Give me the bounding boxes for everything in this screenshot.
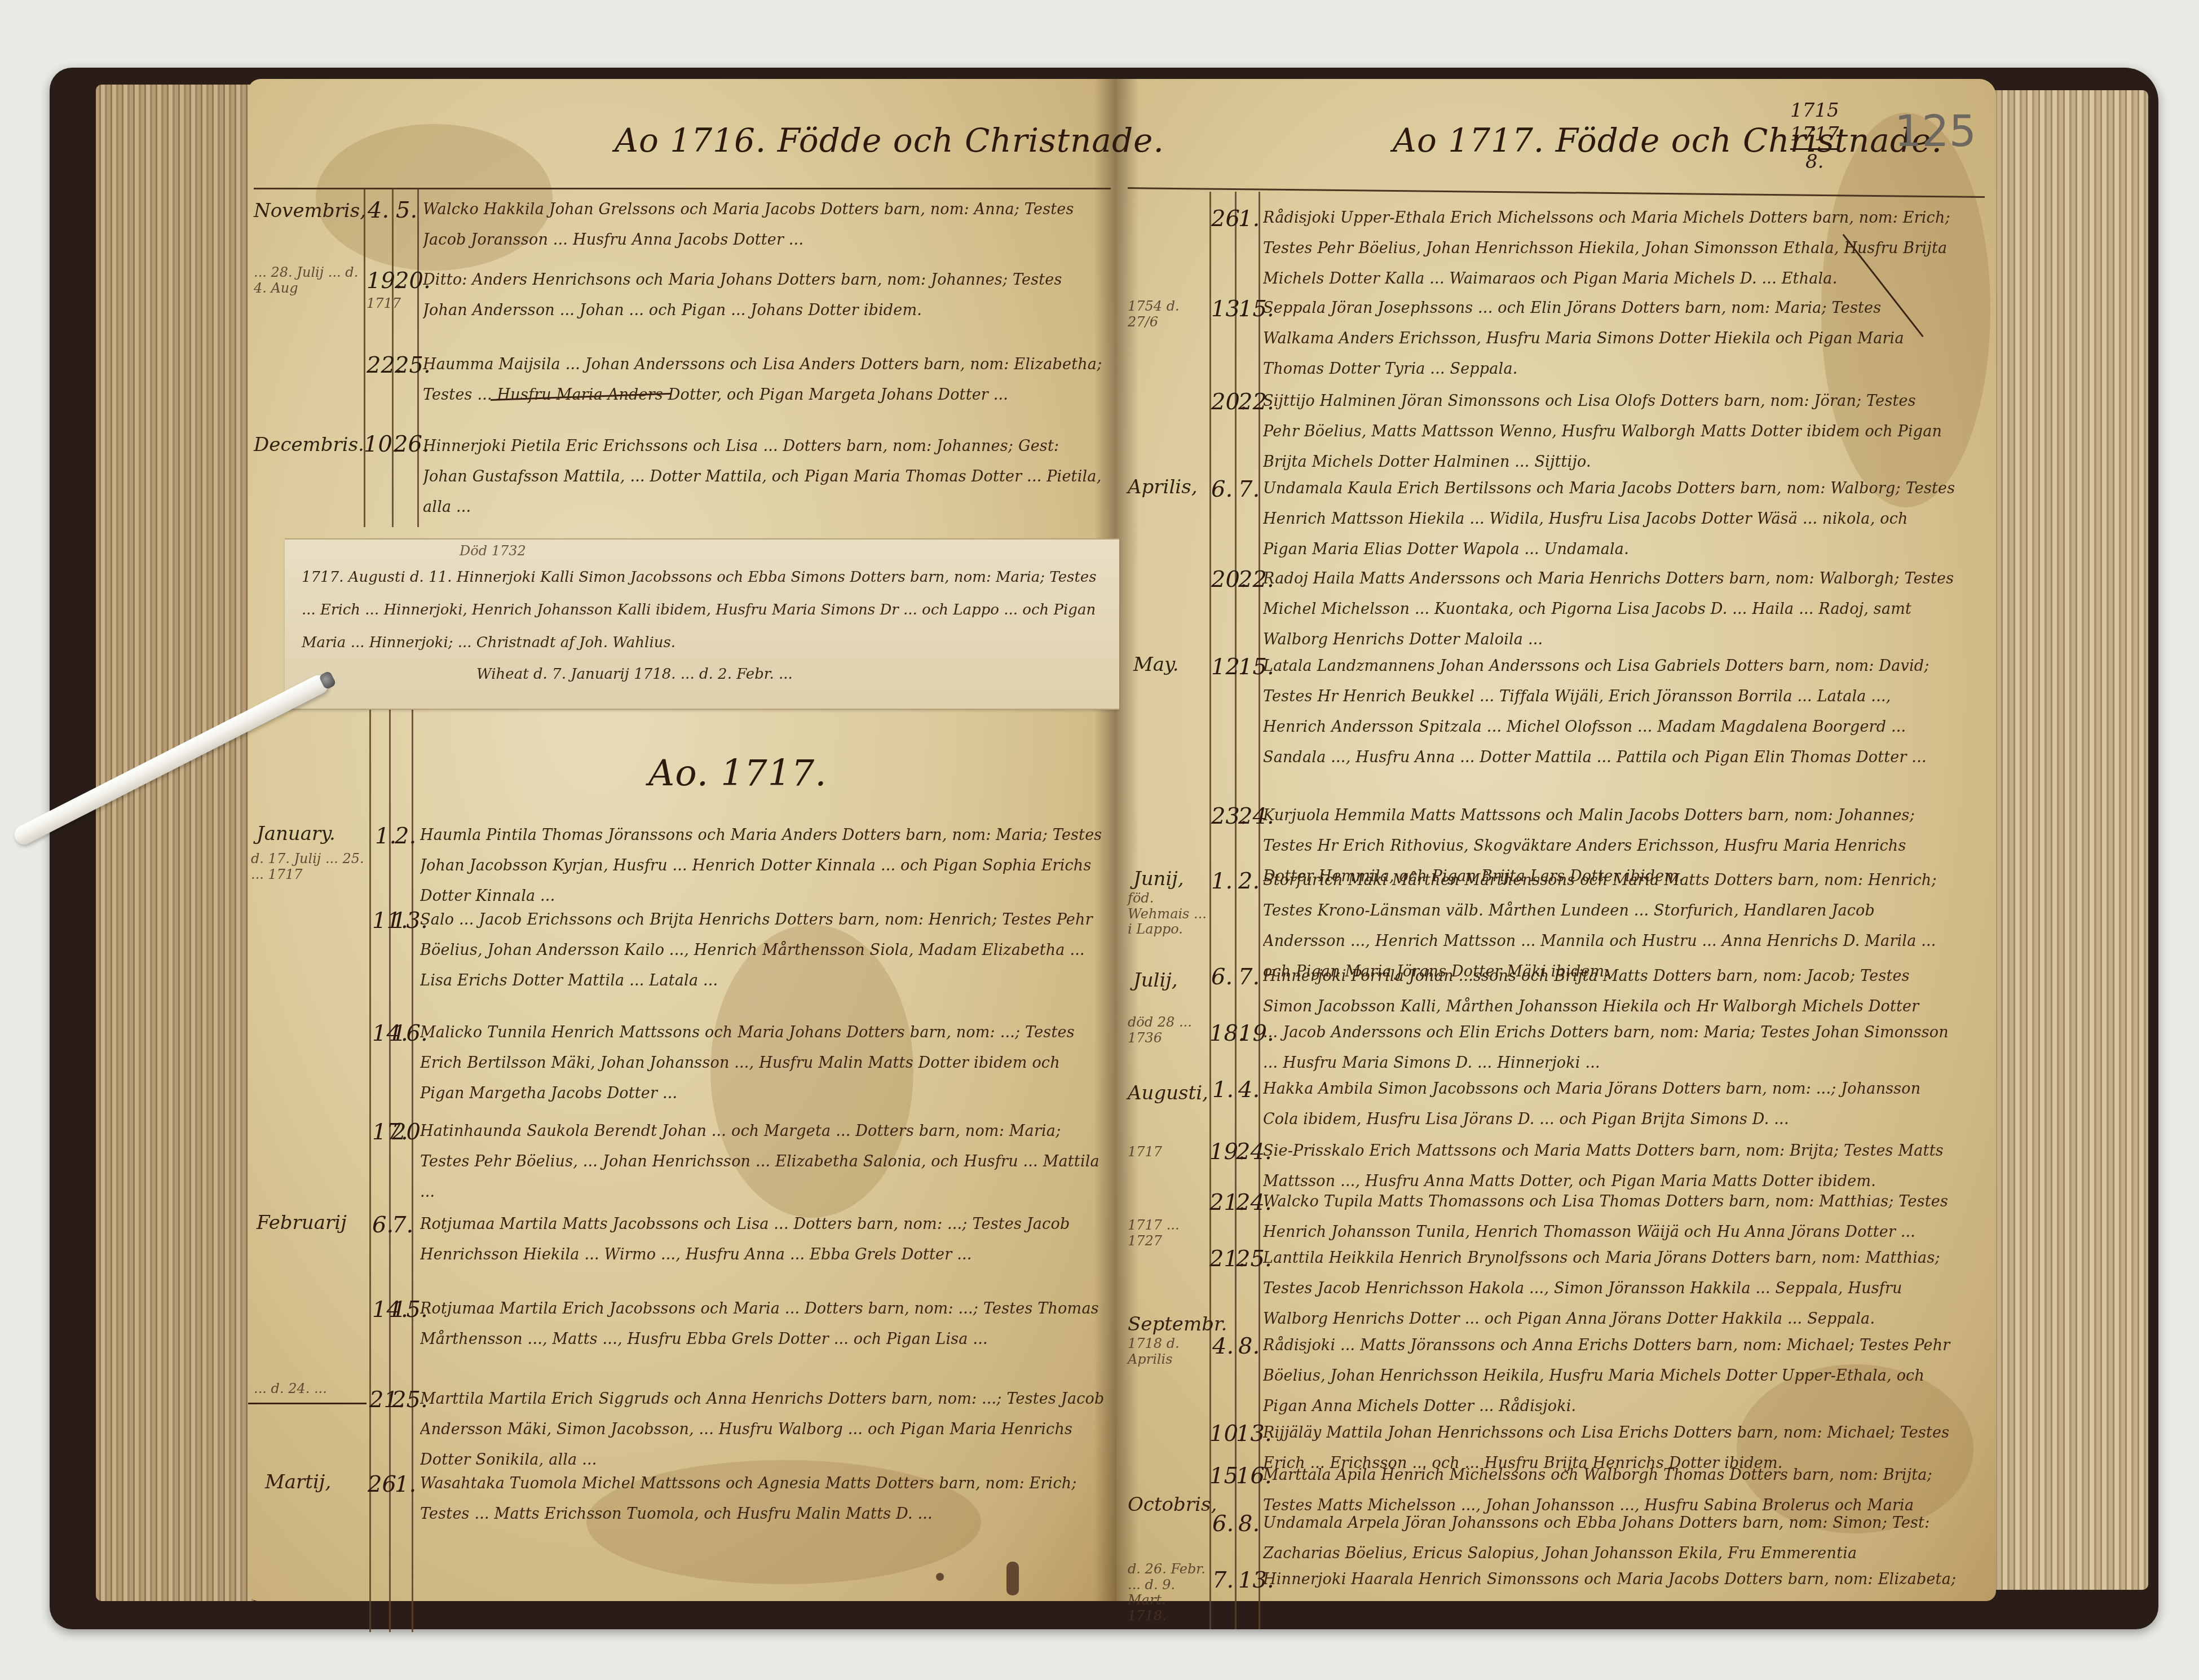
slip-footer: Wiheat d. 7. Januarij 1718. ... d. 2. Fe…	[476, 658, 1097, 691]
register-entry: Radoj Haila Matts Anderssons och Maria H…	[1263, 564, 1957, 654]
register-entry: Undamala Kaula Erich Bertilssons och Mar…	[1263, 474, 1957, 564]
register-entry: Ditto: Anders Henrichsons och Maria Joha…	[423, 265, 1105, 355]
baptism-day: 4.	[1238, 1077, 1260, 1103]
month-label: Julij,	[1133, 970, 1178, 992]
fraction-top: 1715	[1790, 99, 1839, 122]
margin-note: 1717	[1128, 1144, 1207, 1160]
month-label: Februarij	[257, 1212, 347, 1234]
margin-note: 1754 d. 27/6	[1128, 299, 1207, 330]
margin-note: d. 26. Febr. ... d. 9. Mart. 1718.	[1128, 1562, 1207, 1624]
birth-day: 4.	[1212, 1333, 1234, 1359]
baptism-day: 7.	[392, 1212, 413, 1238]
month-label: Novembris,	[254, 200, 366, 222]
baptism-day: 8.	[1238, 1333, 1260, 1359]
register-entry: Hinnerjoki Pietila Eric Erichssons och L…	[423, 431, 1105, 521]
year-fraction: 1715 1717 8.	[1790, 99, 1839, 174]
birth-day: 6.	[1212, 1511, 1234, 1537]
month-label: Decembris.	[254, 434, 364, 456]
page-heading-right: Ao 1717. Födde och Christnade.	[1393, 121, 1942, 160]
register-entry: Wasahtaka Tuomola Michel Mattssons och A…	[420, 1469, 1105, 1531]
page-number: 125	[1895, 106, 1976, 156]
ink-blot	[936, 1573, 944, 1581]
margin-note: ... 28. Julij ... d. 4. Aug	[254, 265, 361, 296]
slip-entry: 1717. Augusti d. 11. Hinnerjoki Kalli Si…	[302, 561, 1108, 659]
strikethrough	[248, 1403, 366, 1404]
baptism-day: 20	[392, 1119, 421, 1145]
month-label: Junij,	[1133, 868, 1184, 890]
page-heading-left: Ao 1716. Födde och Christnade.	[615, 121, 1164, 160]
register-entry: Sijttijo Halminen Jöran Simonssons och L…	[1263, 386, 1957, 476]
register-entry: Marttila Martila Erich Siggruds och Anna…	[420, 1384, 1105, 1474]
pasted-slip: Död 1732 1717. Augusti d. 11. Hinnerjoki…	[285, 538, 1119, 710]
month-label: Octobris,	[1128, 1494, 1217, 1516]
register-entry: Latala Landzmannens Johan Anderssons och…	[1263, 651, 1957, 801]
column-rule	[364, 189, 365, 527]
register-entry: Hakka Ambila Simon Jacobssons och Maria …	[1263, 1074, 1957, 1136]
baptism-day: 7.	[1238, 476, 1260, 502]
register-entry: Hinnerjoki Haarala Henrich Simonssons oc…	[1263, 1564, 1957, 1598]
month-label: Martij,	[265, 1471, 331, 1493]
register-entry: Rådisjoki ... Matts Jöranssons och Anna …	[1263, 1330, 1957, 1421]
ink-blot	[1006, 1562, 1019, 1595]
register-entry: Malicko Tunnila Henrich Mattssons och Ma…	[420, 1018, 1105, 1108]
fraction-mid: 1717	[1790, 122, 1839, 146]
margin-note: död 28 ... 1736	[1128, 1015, 1207, 1046]
month-label: Septembr.	[1128, 1314, 1227, 1336]
baptism-day: 2.	[395, 823, 416, 849]
page-edges-left	[96, 85, 254, 1601]
slip-death-note: Död 1732	[460, 543, 526, 559]
baptism-day: 1.	[395, 1471, 416, 1497]
birth-day: 6.	[372, 1212, 394, 1238]
register-entry: Haumma Maijsila ... Johan Anderssons och…	[423, 350, 1105, 440]
birth-day: 4.	[368, 197, 389, 223]
baptism-day: 7.	[1238, 964, 1260, 990]
birth-day: 1.	[375, 823, 396, 849]
year-heading: Ao. 1717.	[648, 753, 827, 794]
margin-note: d. 17. Julij ... 25. ... 1717	[251, 851, 366, 882]
register-entry: Salo ... Jacob Erichssons och Brijta Hen…	[420, 905, 1105, 1023]
register-entry: Undamala Arpela Jöran Johanssons och Ebb…	[1263, 1508, 1957, 1570]
fraction-bottom: 8.	[1790, 148, 1839, 174]
register-entry: Walcko Hakkila Johan Grelssons och Maria…	[423, 194, 1105, 251]
register-entry: Seppala Jöran Josephssons ... och Elin J…	[1263, 293, 1957, 383]
page-edges-right	[1985, 90, 2148, 1590]
baptism-day: 1.	[1238, 206, 1260, 232]
register-entry: Hinnerjoki Porrila Johan ...ssons och Br…	[1263, 961, 1957, 1023]
margin-note: 1717 ... 1727	[1128, 1218, 1207, 1249]
month-label: Aprilis,	[1128, 476, 1197, 498]
margin-note: 1718 d. Aprilis	[1128, 1336, 1207, 1367]
month-label: January.	[257, 823, 335, 845]
baptism-day: 2.	[1238, 868, 1260, 894]
margin-note: föd. Wehmais ... i Lappo.	[1128, 891, 1207, 938]
register-entry: Lanttila Heikkila Henrich Brynolfssons o…	[1263, 1243, 1957, 1333]
baptism-day: 5.	[396, 197, 417, 223]
birth-day: 6.	[1211, 964, 1233, 990]
birth-note: 1717	[366, 296, 401, 312]
register-entry: Hatinhaunda Saukola Berendt Johan ... oc…	[420, 1116, 1105, 1206]
birth-day: 1.	[1211, 868, 1233, 894]
birth-day: 6.	[1211, 476, 1233, 502]
register-entry: Walcko Tupila Matts Thomassons och Lisa …	[1263, 1187, 1957, 1249]
month-label: Augusti,	[1128, 1082, 1208, 1104]
baptism-day: 8.	[1238, 1511, 1260, 1537]
birth-day: 1.	[1212, 1077, 1234, 1103]
register-entry: ... Jacob Anderssons och Elin Erichs Dot…	[1263, 1018, 1957, 1080]
heading-rule	[254, 188, 1111, 189]
register-entry: Rotjumaa Martila Matts Jacobssons och Li…	[420, 1209, 1105, 1299]
margin-note: ... d. 24. ...	[254, 1381, 366, 1397]
birth-day: 7.	[1212, 1567, 1234, 1593]
register-entry: Haumla Pintila Thomas Jöranssons och Mar…	[420, 820, 1105, 910]
register-entry: Rotjumaa Martila Erich Jacobssons och Ma…	[420, 1294, 1105, 1384]
month-label: May.	[1133, 654, 1179, 676]
